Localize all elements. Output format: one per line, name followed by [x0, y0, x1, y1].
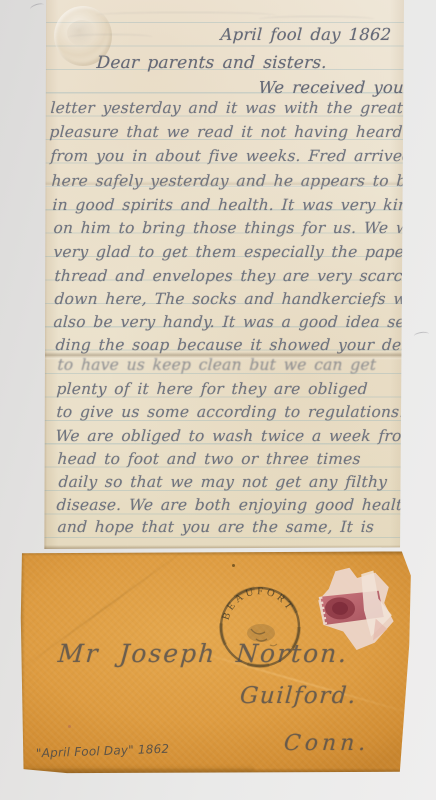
letter-salutation: Dear parents and sisters. — [96, 54, 327, 73]
letter-body-line: on him to bring those things for us. We … — [53, 220, 427, 237]
bleedthrough-mark — [68, 34, 153, 41]
letter-body-line: head to foot and two or three times — [57, 451, 361, 468]
svg-text:BEAUFORT: BEAUFORT — [221, 586, 296, 621]
letter-body-line: to have us keep clean but we can get — [57, 357, 377, 374]
letter-opening-line: We received your — [258, 79, 412, 97]
letter-date-line: April fool day 1862 — [220, 26, 392, 44]
letter-body-line: from you in about five weeks. Fred arriv… — [50, 148, 413, 165]
letter-body-line: also be very handy. It was a good idea s… — [53, 314, 416, 331]
letter-body-line: here safely yesterday and he appears to … — [51, 173, 416, 190]
letter-body-line: very glad to get them especially the pap… — [53, 244, 436, 261]
stain-speck — [68, 725, 71, 728]
letter-body-line: in good spirits and health. It was very … — [52, 197, 419, 214]
mat-pencil-mark — [414, 331, 430, 339]
letter-body-line: to give us some according to regulations… — [56, 404, 405, 421]
envelope-state-line: Conn. — [283, 731, 370, 756]
bleedthrough-mark — [96, 12, 276, 19]
letter-body-line: ding the soap because it showed your des… — [55, 337, 432, 354]
letter-body-line: daily so that we may not get any filthy — [58, 474, 388, 491]
envelope-town-line: Guilford. — [239, 683, 358, 709]
paper-edge-shade — [44, 545, 404, 549]
letter-body-line: pleasure that we read it not having hear… — [49, 124, 403, 141]
letter-sheet: April fool day 1862 Dear parents and sis… — [44, 0, 404, 549]
mat-pencil-mark — [29, 2, 44, 12]
letter-body-line: down here, The socks and handkerciefs wi… — [54, 291, 423, 308]
envelope-recipient-line: Mr Joseph Norton. — [57, 639, 349, 668]
letter-body-line: letter yesterday and it was with the gre… — [50, 100, 428, 117]
ink-speck — [232, 564, 235, 567]
letter-body-line: thread and envelopes they are very scarc… — [54, 268, 412, 285]
envelope-fold-edge — [24, 765, 254, 771]
bleedthrough-mark — [259, 16, 374, 23]
paper-edge-shade — [44, 0, 47, 549]
envelope: BEAUFORT Mr Joseph Norton. Guilford. Con… — [20, 551, 412, 774]
letter-body-line: plenty of it here for they are obliged — [56, 381, 368, 398]
letter-body-line: disease. We are both enjoying good healt… — [56, 497, 413, 514]
letter-body-line: and hope that you are the same, It is — [57, 519, 374, 536]
photo-of-letter-and-envelope: April fool day 1862 Dear parents and sis… — [0, 0, 436, 800]
letter-body-line: We are obliged to wash twice a week from — [55, 428, 417, 445]
